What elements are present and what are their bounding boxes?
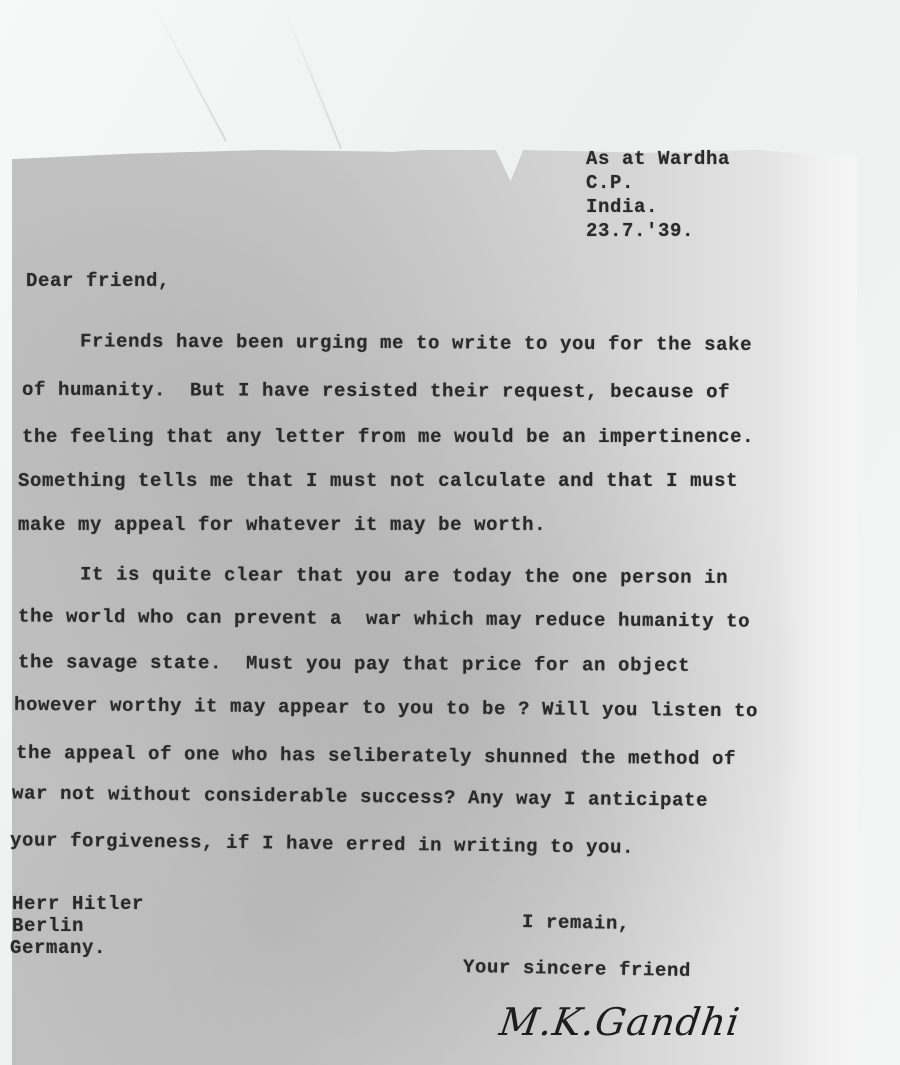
handwritten-signature: M.K.Gandhi [497,1000,743,1044]
closing-line: Your sincere friend [463,956,691,982]
body-line: of humanity. But I have resisted their r… [22,379,730,403]
body-line: the feeling that any letter from me woul… [22,426,754,448]
letter-date: 23.7.'39. [586,220,694,242]
address-line: C.P. [586,172,634,194]
address-line: As at Wardha [586,148,730,170]
paper-highlight [777,150,857,1065]
closing-line: I remain, [522,911,630,935]
body-line: Something tells me that I must not calcu… [18,470,738,492]
recipient-line: Germany. [10,937,106,959]
recipient-line: Herr Hitler [12,893,144,915]
body-line: It is quite clear that you are today the… [20,563,728,589]
body-line: Friends have been urging me to write to … [20,330,752,356]
body-line: make my appeal for whatever it may be wo… [18,514,546,536]
body-line: the savage state. Must you pay that pric… [18,651,690,677]
recipient-line: Berlin [12,915,84,937]
salutation: Dear friend, [26,270,170,292]
address-line: India. [586,196,658,218]
